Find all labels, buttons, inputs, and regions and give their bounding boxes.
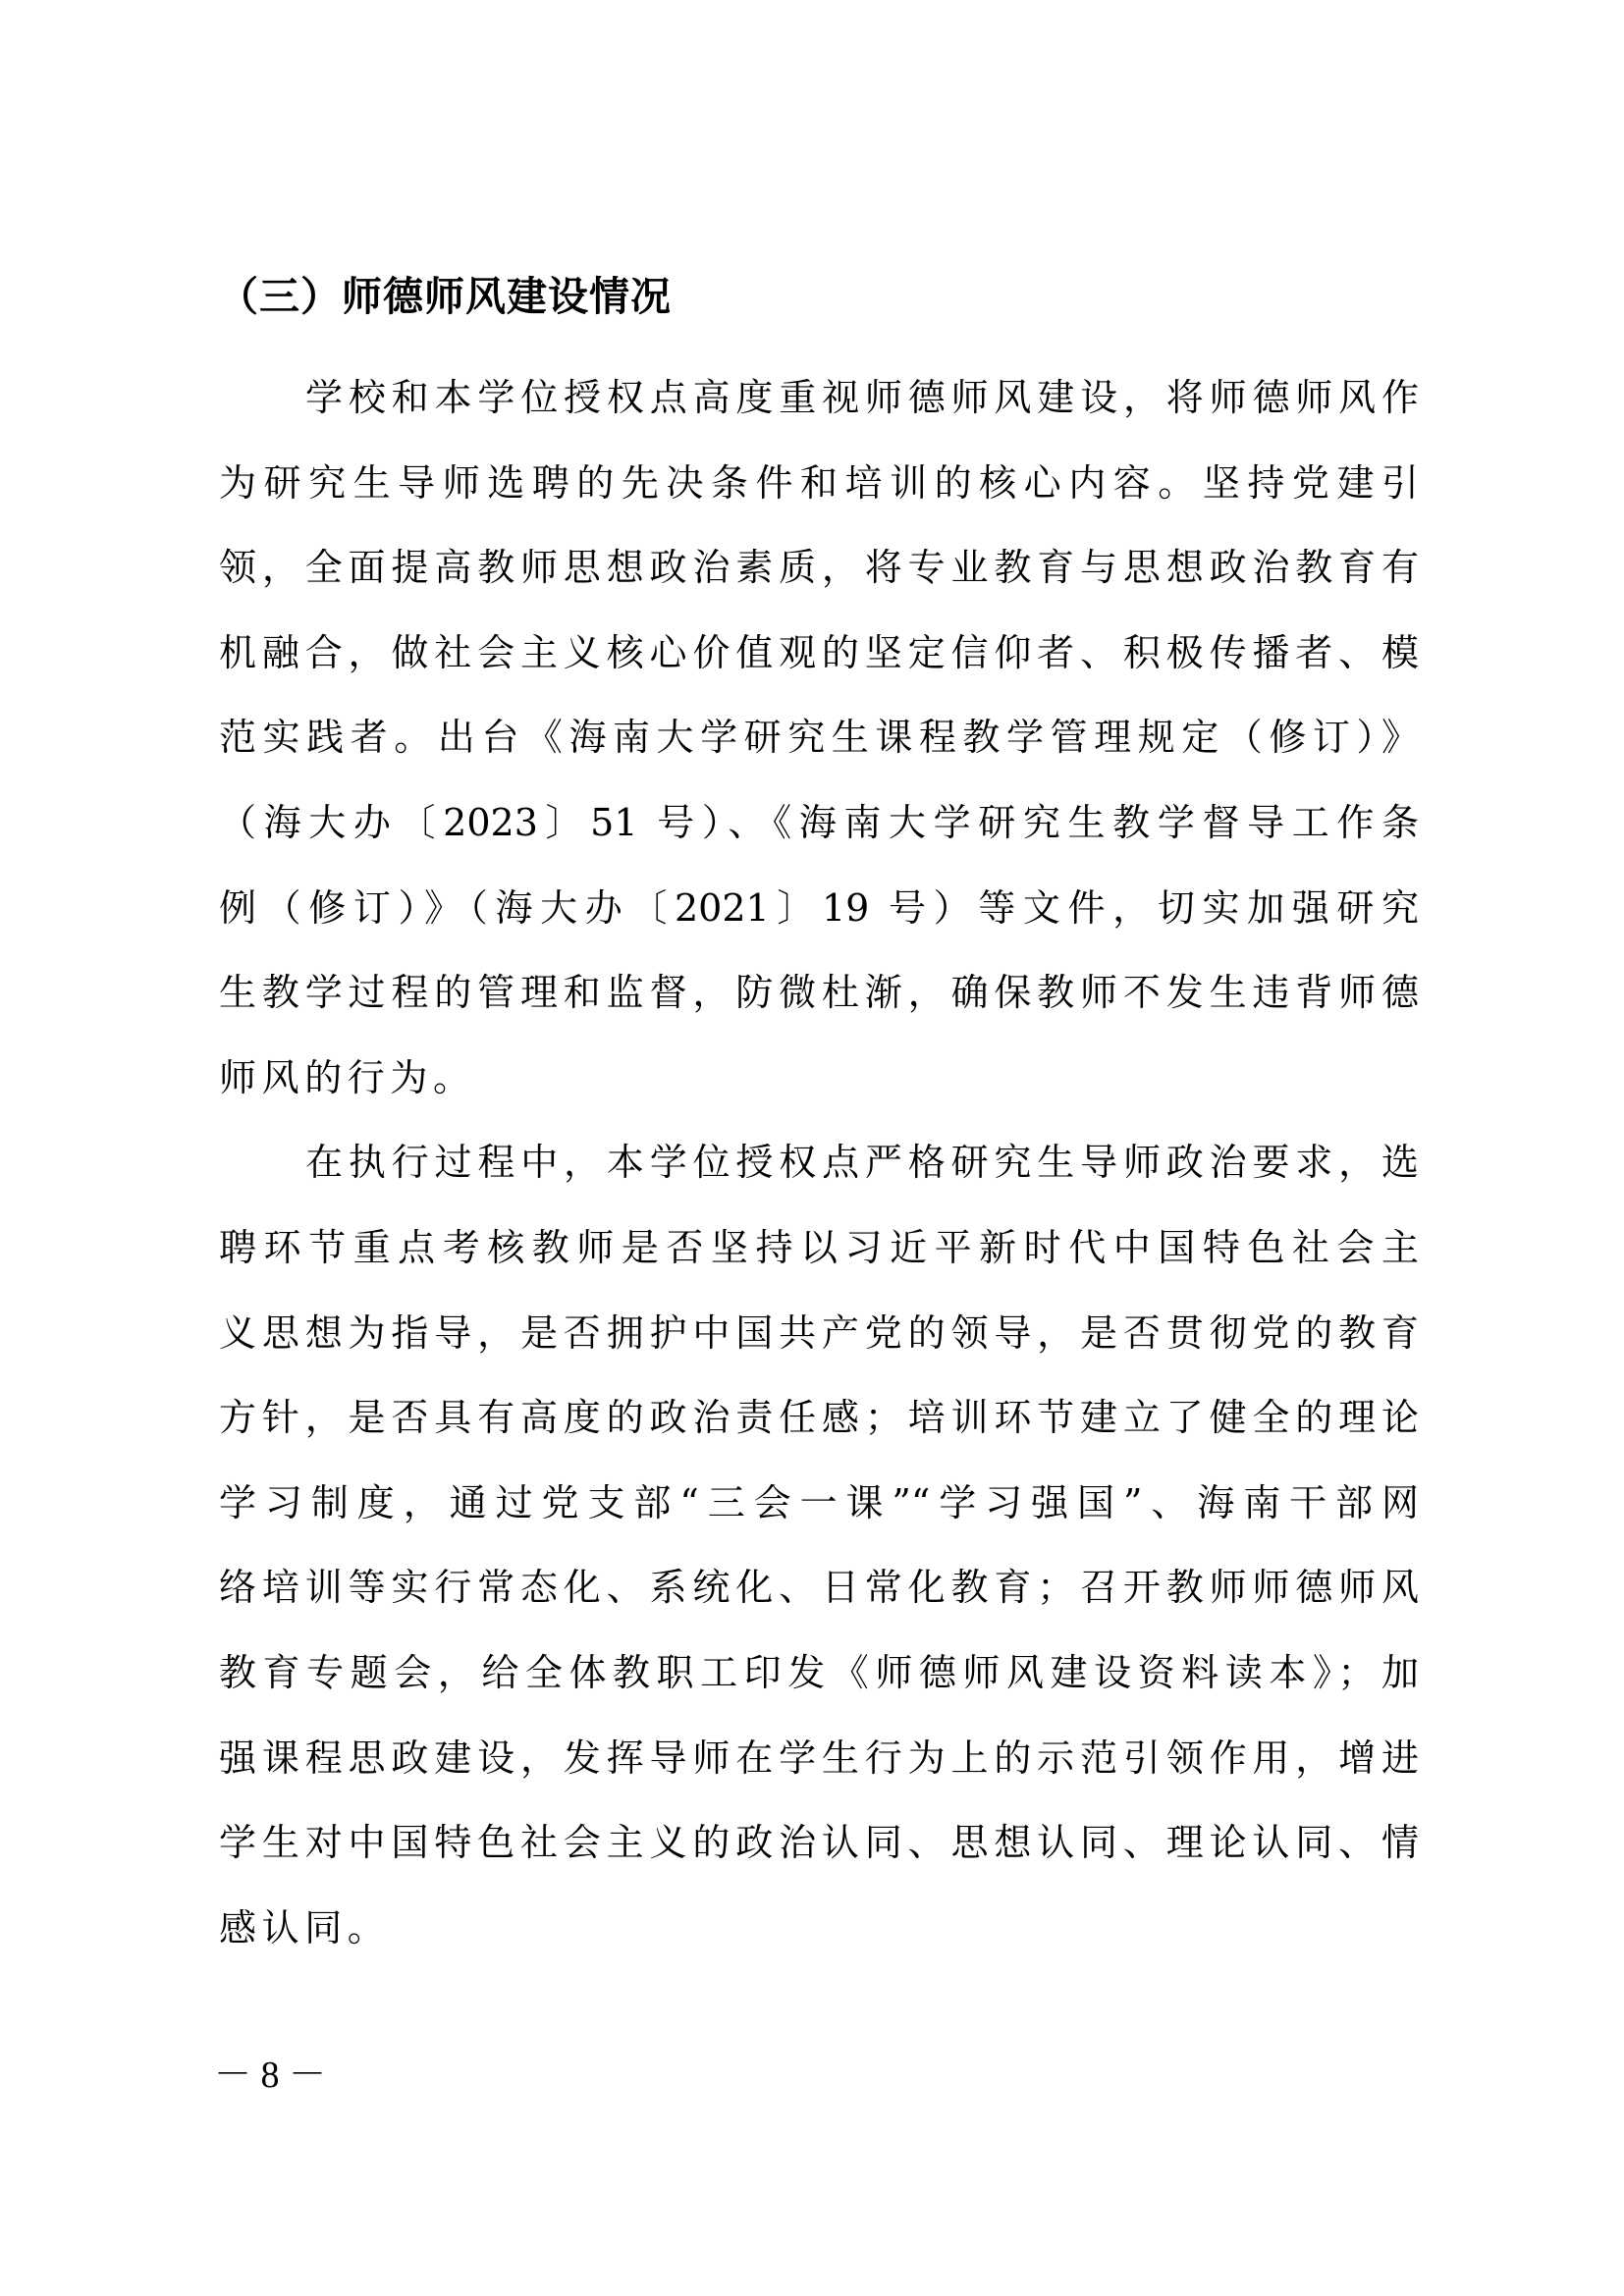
paragraph-1-line-9: 师风的行为。 <box>219 1051 1419 1137</box>
paragraph-2-line-9: 学生对中国特色社会主义的政治认同、思想认同、理论认同、情 <box>219 1816 1419 1901</box>
document-page: （三）师德师风建设情况 学校和本学位授权点高度重视师德师风建设，将师德师风作 为… <box>0 0 1624 2296</box>
paragraph-1-line-5: 范实践者。出台《海南大学研究生课程教学管理规定（修订）》 <box>219 711 1419 796</box>
paragraph-2-line-1: 在执行过程中，本学位授权点严格研究生导师政治要求，选 <box>219 1136 1419 1221</box>
paragraph-2-line-4: 方针，是否具有高度的政治责任感；培训环节建立了健全的理论 <box>219 1391 1419 1476</box>
paragraph-2-line-6: 络培训等实行常态化、系统化、日常化教育；召开教师师德师风 <box>219 1561 1419 1646</box>
paragraph-1-line-6: （海大办〔2023〕51 号）、《海南大学研究生教学督导工作条 <box>219 796 1419 881</box>
paragraph-1-line-3: 领，全面提高教师思想政治素质，将专业教育与思想政治教育有 <box>219 541 1419 626</box>
body-text: 学校和本学位授权点高度重视师德师风建设，将师德师风作 为研究生导师选聘的先决条件… <box>219 371 1419 1986</box>
page-number: － 8 － <box>214 2056 326 2095</box>
section-heading: （三）师德师风建设情况 <box>218 271 672 322</box>
paragraph-2-line-10: 感认同。 <box>219 1901 1419 1987</box>
paragraph-1-line-8: 生教学过程的管理和监督，防微杜渐，确保教师不发生违背师德 <box>219 966 1419 1051</box>
paragraph-2-line-3: 义思想为指导，是否拥护中国共产党的领导，是否贯彻党的教育 <box>219 1307 1419 1392</box>
paragraph-2-line-7: 教育专题会，给全体教职工印发《师德师风建设资料读本》；加 <box>219 1646 1419 1732</box>
paragraph-1-line-4: 机融合，做社会主义核心价值观的坚定信仰者、积极传播者、模 <box>219 626 1419 712</box>
paragraph-2-line-2: 聘环节重点考核教师是否坚持以习近平新时代中国特色社会主 <box>219 1221 1419 1307</box>
paragraph-1-line-1: 学校和本学位授权点高度重视师德师风建设，将师德师风作 <box>219 371 1419 456</box>
paragraph-1-line-2: 为研究生导师选聘的先决条件和培训的核心内容。坚持党建引 <box>219 456 1419 542</box>
paragraph-1-line-7: 例（修订）》（海大办〔2021〕19 号）等文件，切实加强研究 <box>219 881 1419 967</box>
paragraph-2-line-8: 强课程思政建设，发挥导师在学生行为上的示范引领作用，增进 <box>219 1732 1419 1817</box>
paragraph-2-line-5: 学习制度，通过党支部“三会一课”“学习强国”、海南干部网 <box>219 1476 1419 1562</box>
